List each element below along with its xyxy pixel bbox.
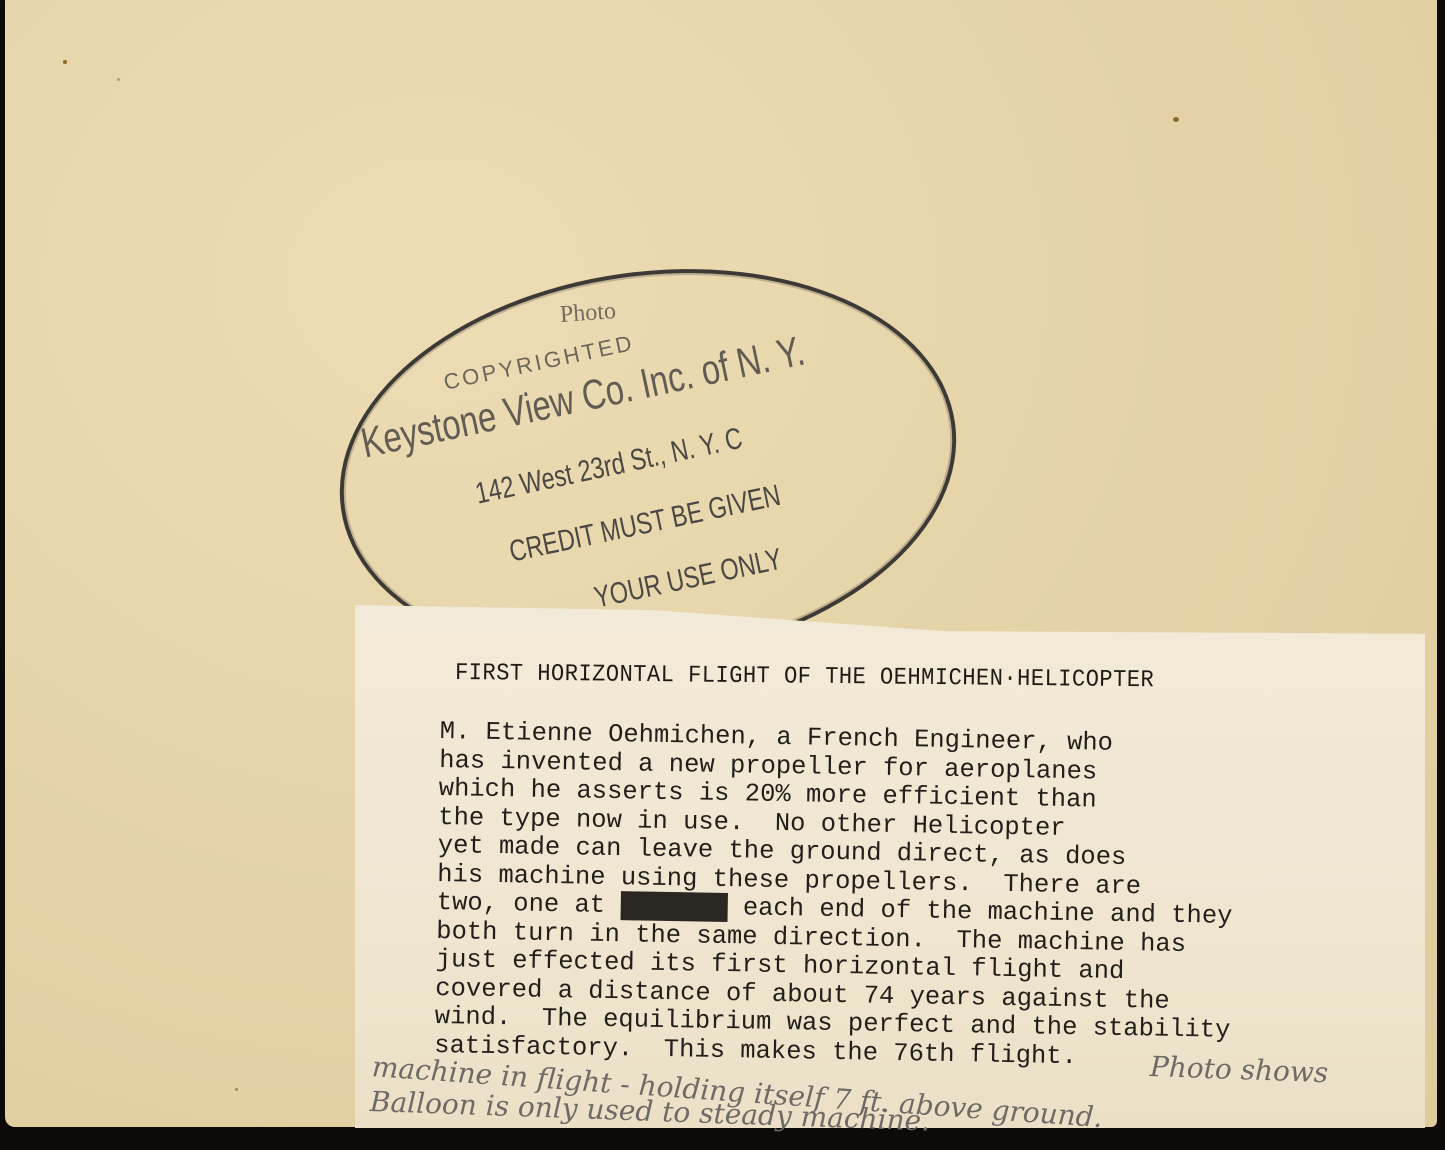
struck-out-word: xxxxxxx (620, 891, 728, 922)
foxing-spot (235, 1088, 238, 1091)
foxing-spot (63, 60, 67, 64)
stamp-photo-text: Photo (559, 298, 617, 329)
caption-body: M. Etienne Oehmichen, a French Engineer,… (434, 718, 1340, 1076)
caption-line-start: two, one at (437, 888, 621, 920)
foxing-spot (1173, 117, 1179, 122)
foxing-spot (117, 78, 120, 81)
handwritten-note-photo-shows: Photo shows (1149, 1050, 1328, 1089)
